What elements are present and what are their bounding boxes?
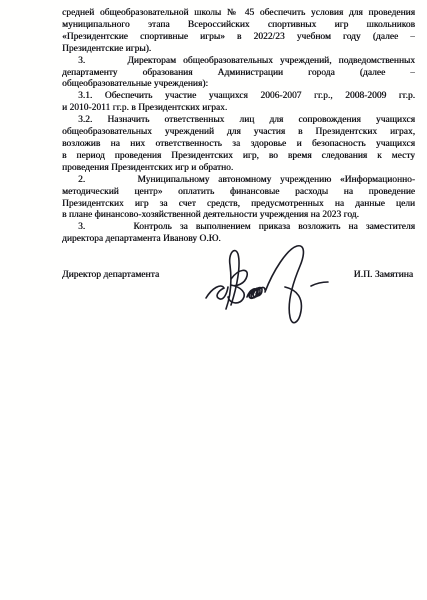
text-line: возложив на них ответственность за здоро…: [62, 139, 415, 151]
text-line: общеобразовательных учреждений для участ…: [62, 127, 415, 139]
text-line: в период проведения Президентских игр, в…: [62, 151, 415, 163]
document-page: средней общеобразовательной школы № 45 о…: [0, 0, 427, 600]
text-line: 3.2. Назначить ответственных лиц для соп…: [62, 115, 415, 127]
text-line: в плане финансово-хозяйственной деятельн…: [62, 210, 415, 222]
text-line: средней общеобразовательной школы № 45 о…: [62, 8, 415, 20]
text-line: методический центр» оплатить финансовые …: [62, 187, 415, 199]
text-line: 3. Контроль за выполнением приказа возло…: [62, 222, 415, 234]
text-line: департаменту образования Администрации г…: [62, 68, 415, 80]
signatory-name: И.П. Замятина: [354, 268, 413, 281]
text-line: Президентские игры).: [62, 44, 415, 56]
signatory-position-label: Директор департамента: [62, 268, 159, 281]
text-line: и 2010-2011 гг.р. в Президентских играх.: [62, 103, 415, 115]
text-line: 2. Муниципальному автономному учреждению…: [62, 175, 415, 187]
text-line: 3.1. Обеспечить участие учащихся 2006-20…: [62, 91, 415, 103]
text-line: муниципального этапа Всероссийских спорт…: [62, 20, 415, 32]
text-line: Президентских игр за счет средств, преду…: [62, 199, 415, 211]
text-line: общеобразовательные учреждения):: [62, 79, 415, 91]
handwritten-signature-icon: [195, 241, 331, 331]
text-line: 3. Директорам общеобразовательных учрежд…: [62, 56, 415, 68]
document-body: средней общеобразовательной школы № 45 о…: [62, 8, 415, 246]
text-line: проведения Президентских игр и обратно.: [62, 163, 415, 175]
text-line: «Президентские спортивные игры» в 2022/2…: [62, 32, 415, 44]
